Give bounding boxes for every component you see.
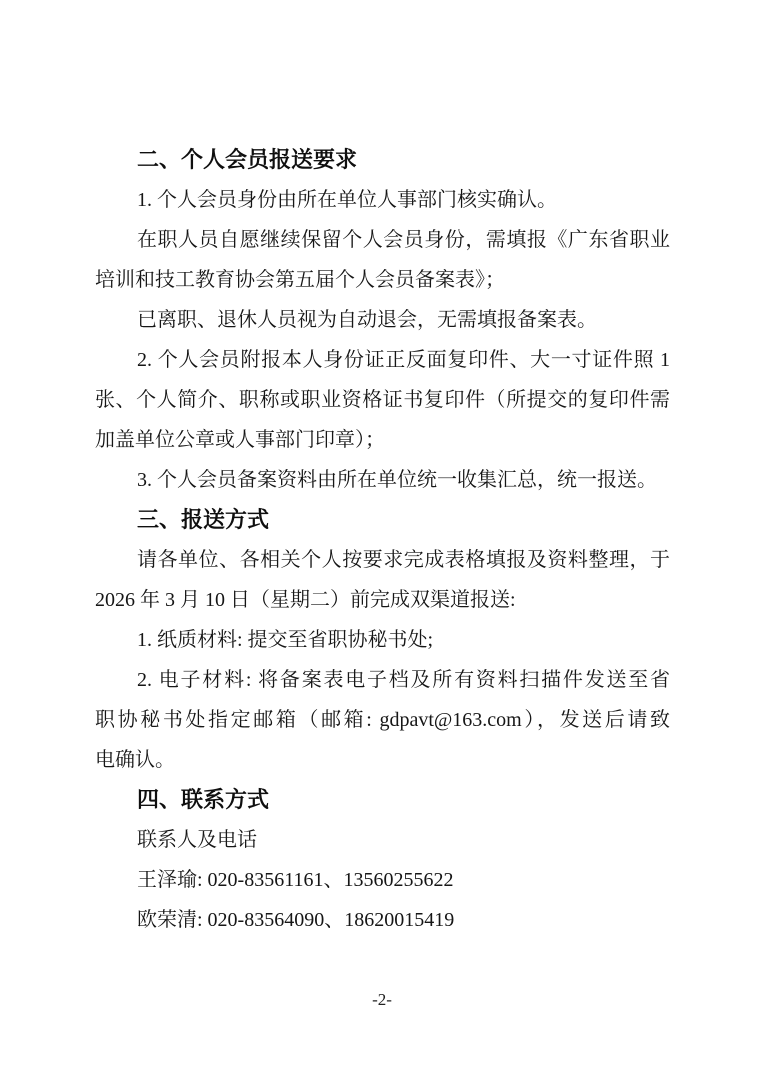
- text-line: 1. 纸质材料: 提交至省职协秘书处;: [95, 620, 670, 660]
- text-line: 王泽瑜: 020-83561161、13560255622: [95, 860, 670, 900]
- document-body: 二、个人会员报送要求1. 个人会员身份由所在单位人事部门核实确认。在职人员自愿继…: [95, 140, 670, 940]
- text-line: 1. 个人会员身份由所在单位人事部门核实确认。: [95, 180, 670, 220]
- text-line: 联系人及电话: [95, 820, 670, 860]
- text-line: 3. 个人会员备案资料由所在单位统一收集汇总，统一报送。: [95, 460, 670, 500]
- text-line: 培训和技工教育协会第五届个人会员备案表》；: [95, 260, 670, 300]
- text-line: 加盖单位公章或人事部门印章）；: [95, 420, 670, 460]
- text-line: 请各单位、各相关个人按要求完成表格填报及资料整理，于: [95, 540, 670, 580]
- text-line: 张、个人简介、职称或职业资格证书复印件（所提交的复印件需: [95, 380, 670, 420]
- text-line: 电确认。: [95, 740, 670, 780]
- text-line: 2. 个人会员附报本人身份证正反面复印件、大一寸证件照 1: [95, 340, 670, 380]
- section-heading: 三、报送方式: [95, 500, 670, 540]
- section-heading: 四、联系方式: [95, 780, 670, 820]
- text-line: 在职人员自愿继续保留个人会员身份，需填报《广东省职业: [95, 220, 670, 260]
- text-line: 2. 电子材料: 将备案表电子档及所有资料扫描件发送至省: [95, 660, 670, 700]
- document-page: 二、个人会员报送要求1. 个人会员身份由所在单位人事部门核实确认。在职人员自愿继…: [0, 0, 764, 1080]
- page-number: -2-: [0, 988, 764, 1012]
- text-line: 2026 年 3 月 10 日（星期二）前完成双渠道报送:: [95, 580, 670, 620]
- section-heading: 二、个人会员报送要求: [95, 140, 670, 180]
- text-line: 职协秘书处指定邮箱（邮箱: gdpavt@163.com），发送后请致: [95, 700, 670, 740]
- text-line: 已离职、退休人员视为自动退会，无需填报备案表。: [95, 300, 670, 340]
- text-line: 欧荣清: 020-83564090、18620015419: [95, 900, 670, 940]
